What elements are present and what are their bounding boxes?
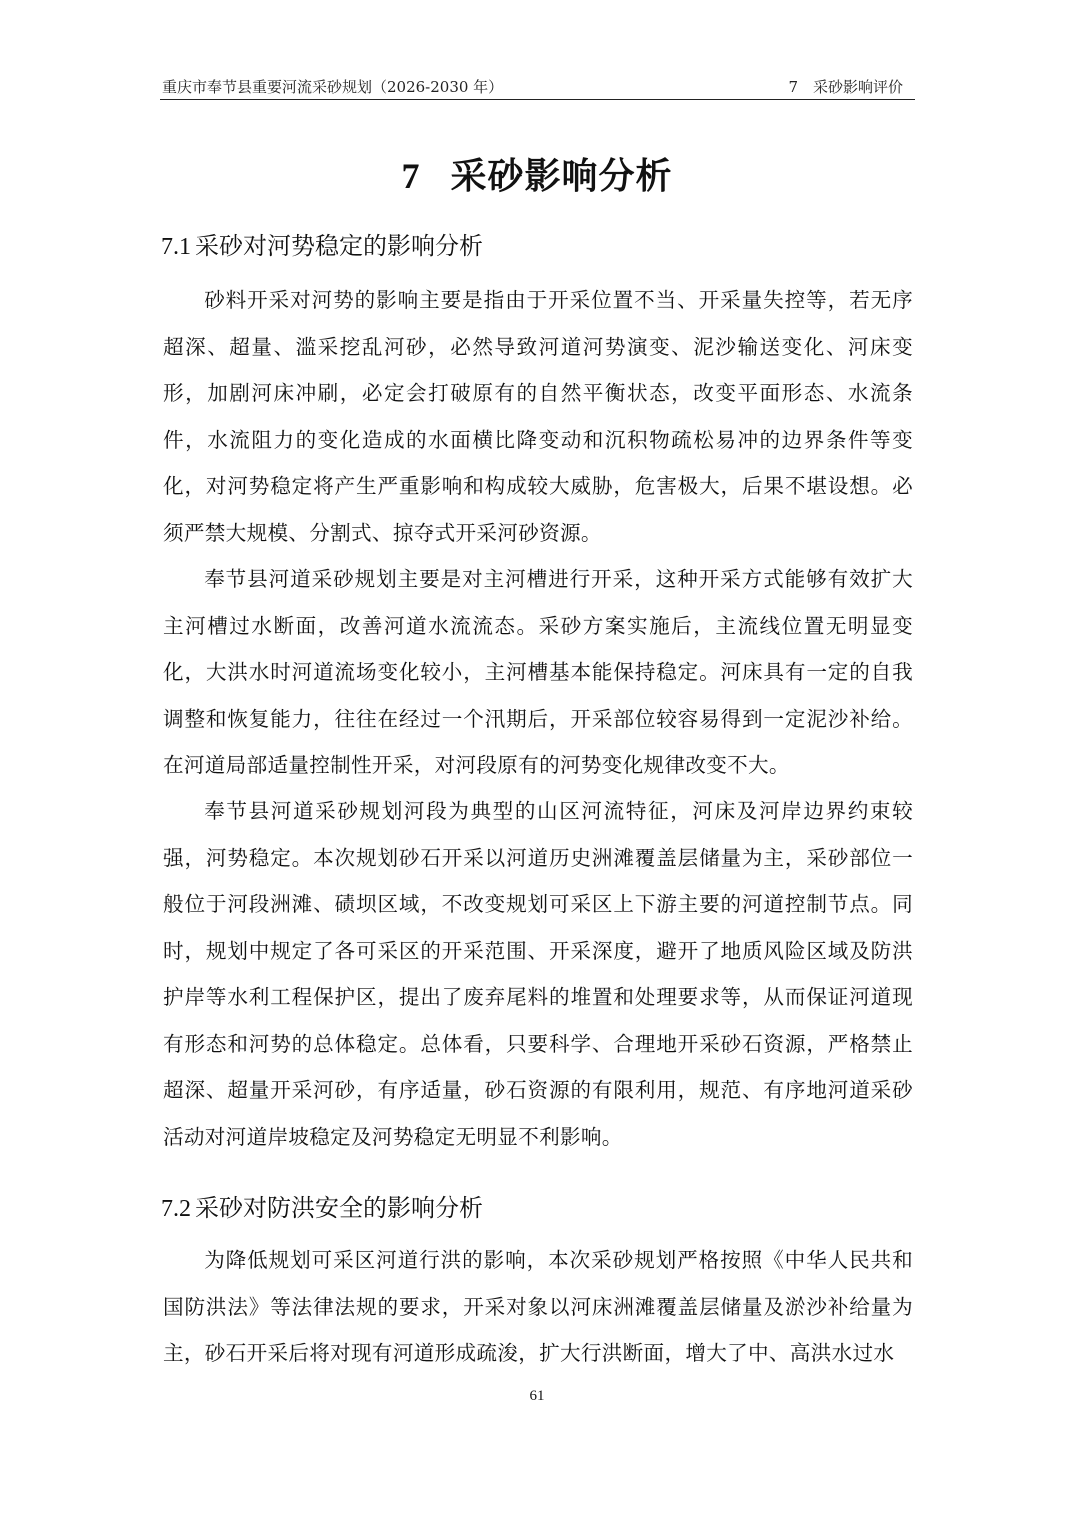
paragraph: 为降低规划可采区河道行洪的影响，本次采砂规划严格按照《中华人民共和国防洪法》等法… bbox=[163, 1237, 913, 1377]
section-title: 采砂对河势稳定的影响分析 bbox=[195, 232, 483, 260]
section-heading-7-2: 7.2采砂对防洪安全的影响分析 bbox=[161, 1188, 483, 1223]
header-chapter-title: 7 采砂影响评价 bbox=[788, 76, 903, 97]
header-document-title: 重庆市奉节县重要河流采砂规划（2026-2030 年） bbox=[162, 76, 503, 97]
chapter-number: 7 bbox=[401, 156, 420, 196]
section-number: 7.2 bbox=[161, 1196, 191, 1222]
section-heading-7-1: 7.1采砂对河势稳定的影响分析 bbox=[161, 226, 483, 261]
chapter-title: 7采砂影响分析 bbox=[0, 148, 1074, 199]
paragraph: 砂料开采对河势的影响主要是指由于开采位置不当、开采量失控等，若无序超深、超量、滥… bbox=[163, 277, 913, 556]
running-header: 重庆市奉节县重要河流采砂规划（2026-2030 年） 7 采砂影响评价 bbox=[160, 74, 915, 98]
paragraph: 奉节县河道采砂规划主要是对主河槽进行开采，这种开采方式能够有效扩大主河槽过水断面… bbox=[163, 556, 913, 789]
paragraph: 奉节县河道采砂规划河段为典型的山区河流特征，河床及河岸边界约束较强，河势稳定。本… bbox=[163, 788, 913, 1160]
section-number: 7.1 bbox=[161, 234, 191, 260]
page-number: 61 bbox=[0, 1388, 1074, 1405]
section-title: 采砂对防洪安全的影响分析 bbox=[195, 1194, 483, 1222]
chapter-title-text: 采砂影响分析 bbox=[450, 156, 672, 197]
header-divider bbox=[160, 99, 915, 100]
